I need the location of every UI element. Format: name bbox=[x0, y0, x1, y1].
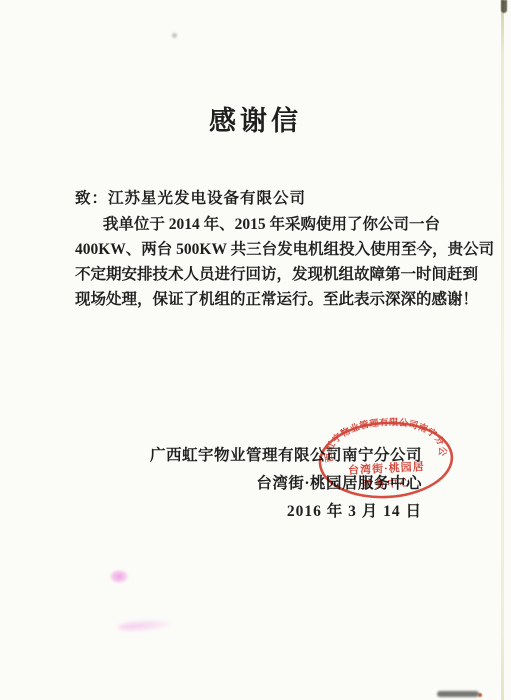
seal-center-text: 台湾街·桃园居 bbox=[348, 459, 425, 477]
letter-title: 感谢信 bbox=[0, 99, 511, 138]
body-line-3: 不定期安排技术人员进行回访，发现机组故障第一时间赶到 bbox=[75, 262, 427, 287]
company-seal-stamp: 广西虹宇物业管理有限公司南宁分公司 台湾街·桃园居 服务中心 bbox=[311, 414, 461, 508]
scan-smudge bbox=[437, 691, 479, 697]
seal-ring-text: 广西虹宇物业管理有限公司南宁分公司 bbox=[311, 414, 448, 464]
scan-smudge-dot bbox=[478, 693, 482, 697]
scan-corner-spot bbox=[501, 0, 507, 13]
scanned-letter-page: 感谢信 致：江苏星光发电设备有限公司 我单位于 2014 年、2015 年采购使… bbox=[0, 0, 511, 700]
letter-body: 我单位于 2014 年、2015 年采购使用了你公司一台 400KW、两台 50… bbox=[75, 212, 427, 312]
seal-bottom-text: 服务中心 bbox=[362, 476, 413, 492]
body-line-4: 现场处理，保证了机组的正常运行。至此表示深深的感谢！ bbox=[75, 287, 427, 312]
svg-text:广西虹宇物业管理有限公司南宁分公司: 广西虹宇物业管理有限公司南宁分公司 bbox=[311, 414, 448, 464]
scan-speck bbox=[172, 33, 177, 38]
salutation-line: 致：江苏星光发电设备有限公司 bbox=[75, 186, 306, 208]
ink-bleed-streak bbox=[118, 618, 171, 633]
body-line-1: 我单位于 2014 年、2015 年采购使用了你公司一台 bbox=[75, 212, 427, 237]
body-line-2: 400KW、两台 500KW 共三台发电机组投入使用至今，贵公司 bbox=[75, 237, 427, 262]
ink-bleed-spot bbox=[110, 570, 128, 583]
